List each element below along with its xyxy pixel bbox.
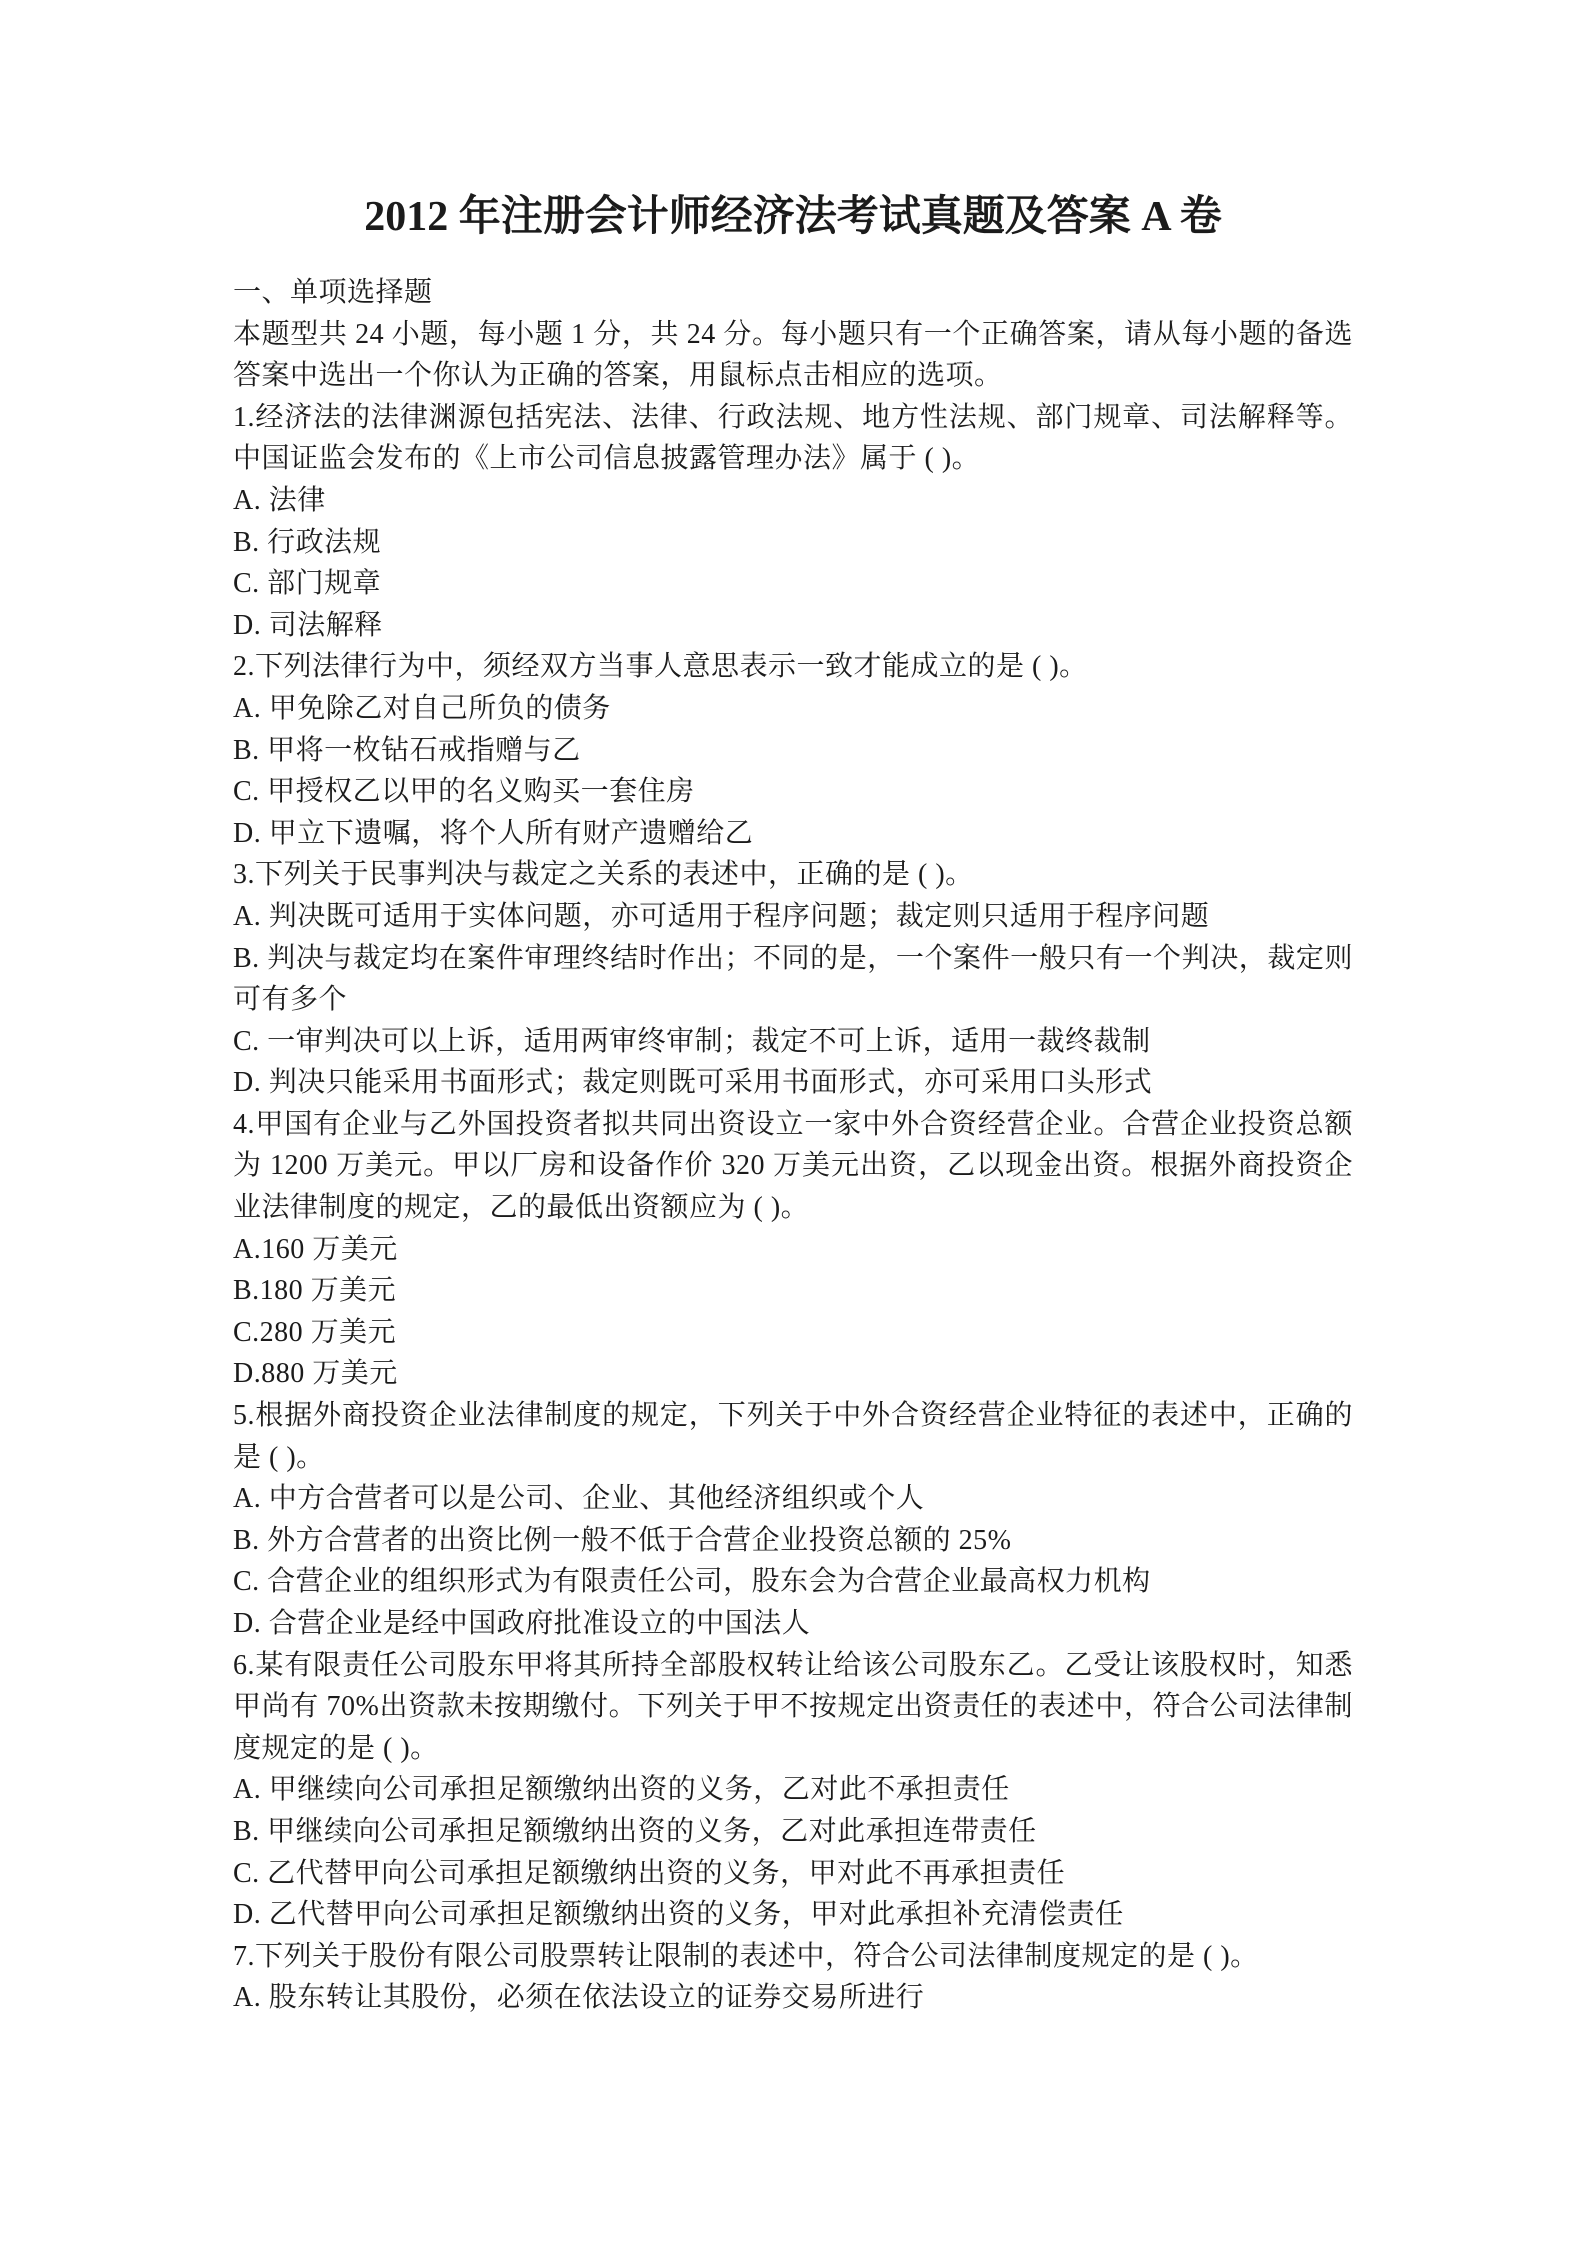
option-item[interactable]: C. 乙代替甲向公司承担足额缴纳出资的义务，甲对此不再承担责任 (233, 1853, 1353, 1895)
option-item[interactable]: A. 股东转让其股份，必须在依法设立的证券交易所进行 (233, 1977, 1353, 2019)
option-item[interactable]: C. 部门规章 (233, 563, 1353, 605)
question-stem: 3.下列关于民事判决与裁定之关系的表述中，正确的是 ( )。 (233, 854, 1353, 896)
option-item[interactable]: B. 外方合营者的出资比例一般不低于合营企业投资总额的 25% (233, 1520, 1353, 1562)
option-item[interactable]: A. 甲继续向公司承担足额缴纳出资的义务，乙对此不承担责任 (233, 1769, 1353, 1811)
option-item[interactable]: A.160 万美元 (233, 1229, 1353, 1271)
option-item[interactable]: D. 司法解释 (233, 605, 1353, 647)
question-block-2: 2.下列法律行为中，须经双方当事人意思表示一致才能成立的是 ( )。 A. 甲免… (233, 646, 1353, 854)
option-item[interactable]: D. 判决只能采用书面形式；裁定则既可采用书面形式，亦可采用口头形式 (233, 1062, 1353, 1104)
option-item[interactable]: C. 一审判决可以上诉，适用两审终审制；裁定不可上诉，适用一裁终裁制 (233, 1021, 1353, 1063)
option-item[interactable]: D. 合营企业是经中国政府批准设立的中国法人 (233, 1603, 1353, 1645)
option-item[interactable]: D.880 万美元 (233, 1353, 1353, 1395)
question-stem: 5.根据外商投资企业法律制度的规定，下列关于中外合资经营企业特征的表述中，正确的… (233, 1395, 1353, 1478)
question-block-5: 5.根据外商投资企业法律制度的规定，下列关于中外合资经营企业特征的表述中，正确的… (233, 1395, 1353, 1645)
option-item[interactable]: A. 法律 (233, 480, 1353, 522)
option-item[interactable]: B.180 万美元 (233, 1270, 1353, 1312)
question-block-7: 7.下列关于股份有限公司股票转让限制的表述中，符合公司法律制度规定的是 ( )。… (233, 1936, 1353, 2019)
page-title: 2012 年注册会计师经济法考试真题及答案 A 卷 (0, 192, 1586, 242)
question-list: 1.经济法的法律渊源包括宪法、法律、行政法规、地方性法规、部门规章、司法解释等。… (233, 397, 1353, 2019)
option-item[interactable]: D. 乙代替甲向公司承担足额缴纳出资的义务，甲对此承担补充清偿责任 (233, 1894, 1353, 1936)
question-stem: 4.甲国有企业与乙外国投资者拟共同出资设立一家中外合资经营企业。合营企业投资总额… (233, 1104, 1353, 1229)
section-instructions: 本题型共 24 小题，每小题 1 分，共 24 分。每小题只有一个正确答案，请从… (233, 314, 1353, 397)
option-item[interactable]: B. 甲继续向公司承担足额缴纳出资的义务，乙对此承担连带责任 (233, 1811, 1353, 1853)
question-block-1: 1.经济法的法律渊源包括宪法、法律、行政法规、地方性法规、部门规章、司法解释等。… (233, 397, 1353, 647)
question-stem: 2.下列法律行为中，须经双方当事人意思表示一致才能成立的是 ( )。 (233, 646, 1353, 688)
option-item[interactable]: A. 判决既可适用于实体问题，亦可适用于程序问题；裁定则只适用于程序问题 (233, 896, 1353, 938)
question-stem: 1.经济法的法律渊源包括宪法、法律、行政法规、地方性法规、部门规章、司法解释等。… (233, 397, 1353, 480)
option-item[interactable]: C. 甲授权乙以甲的名义购买一套住房 (233, 771, 1353, 813)
option-item[interactable]: A. 甲免除乙对自己所负的债务 (233, 688, 1353, 730)
section-heading: 一、单项选择题 (233, 272, 1353, 314)
option-item[interactable]: A. 中方合营者可以是公司、企业、其他经济组织或个人 (233, 1478, 1353, 1520)
document-body: 一、单项选择题 本题型共 24 小题，每小题 1 分，共 24 分。每小题只有一… (233, 272, 1353, 2019)
question-block-4: 4.甲国有企业与乙外国投资者拟共同出资设立一家中外合资经营企业。合营企业投资总额… (233, 1104, 1353, 1395)
option-item[interactable]: C.280 万美元 (233, 1312, 1353, 1354)
option-item[interactable]: B. 行政法规 (233, 522, 1353, 564)
option-item[interactable]: B. 判决与裁定均在案件审理终结时作出；不同的是，一个案件一般只有一个判决，裁定… (233, 938, 1353, 1021)
question-block-6: 6.某有限责任公司股东甲将其所持全部股权转让给该公司股东乙。乙受让该股权时，知悉… (233, 1645, 1353, 1936)
question-stem: 6.某有限责任公司股东甲将其所持全部股权转让给该公司股东乙。乙受让该股权时，知悉… (233, 1645, 1353, 1770)
option-item[interactable]: B. 甲将一枚钻石戒指赠与乙 (233, 730, 1353, 772)
document-page: 2012 年注册会计师经济法考试真题及答案 A 卷 一、单项选择题 本题型共 2… (0, 0, 1586, 2244)
option-item[interactable]: D. 甲立下遗嘱，将个人所有财产遗赠给乙 (233, 813, 1353, 855)
question-stem: 7.下列关于股份有限公司股票转让限制的表述中，符合公司法律制度规定的是 ( )。 (233, 1936, 1353, 1978)
option-item[interactable]: C. 合营企业的组织形式为有限责任公司，股东会为合营企业最高权力机构 (233, 1561, 1353, 1603)
question-block-3: 3.下列关于民事判决与裁定之关系的表述中，正确的是 ( )。 A. 判决既可适用… (233, 854, 1353, 1104)
